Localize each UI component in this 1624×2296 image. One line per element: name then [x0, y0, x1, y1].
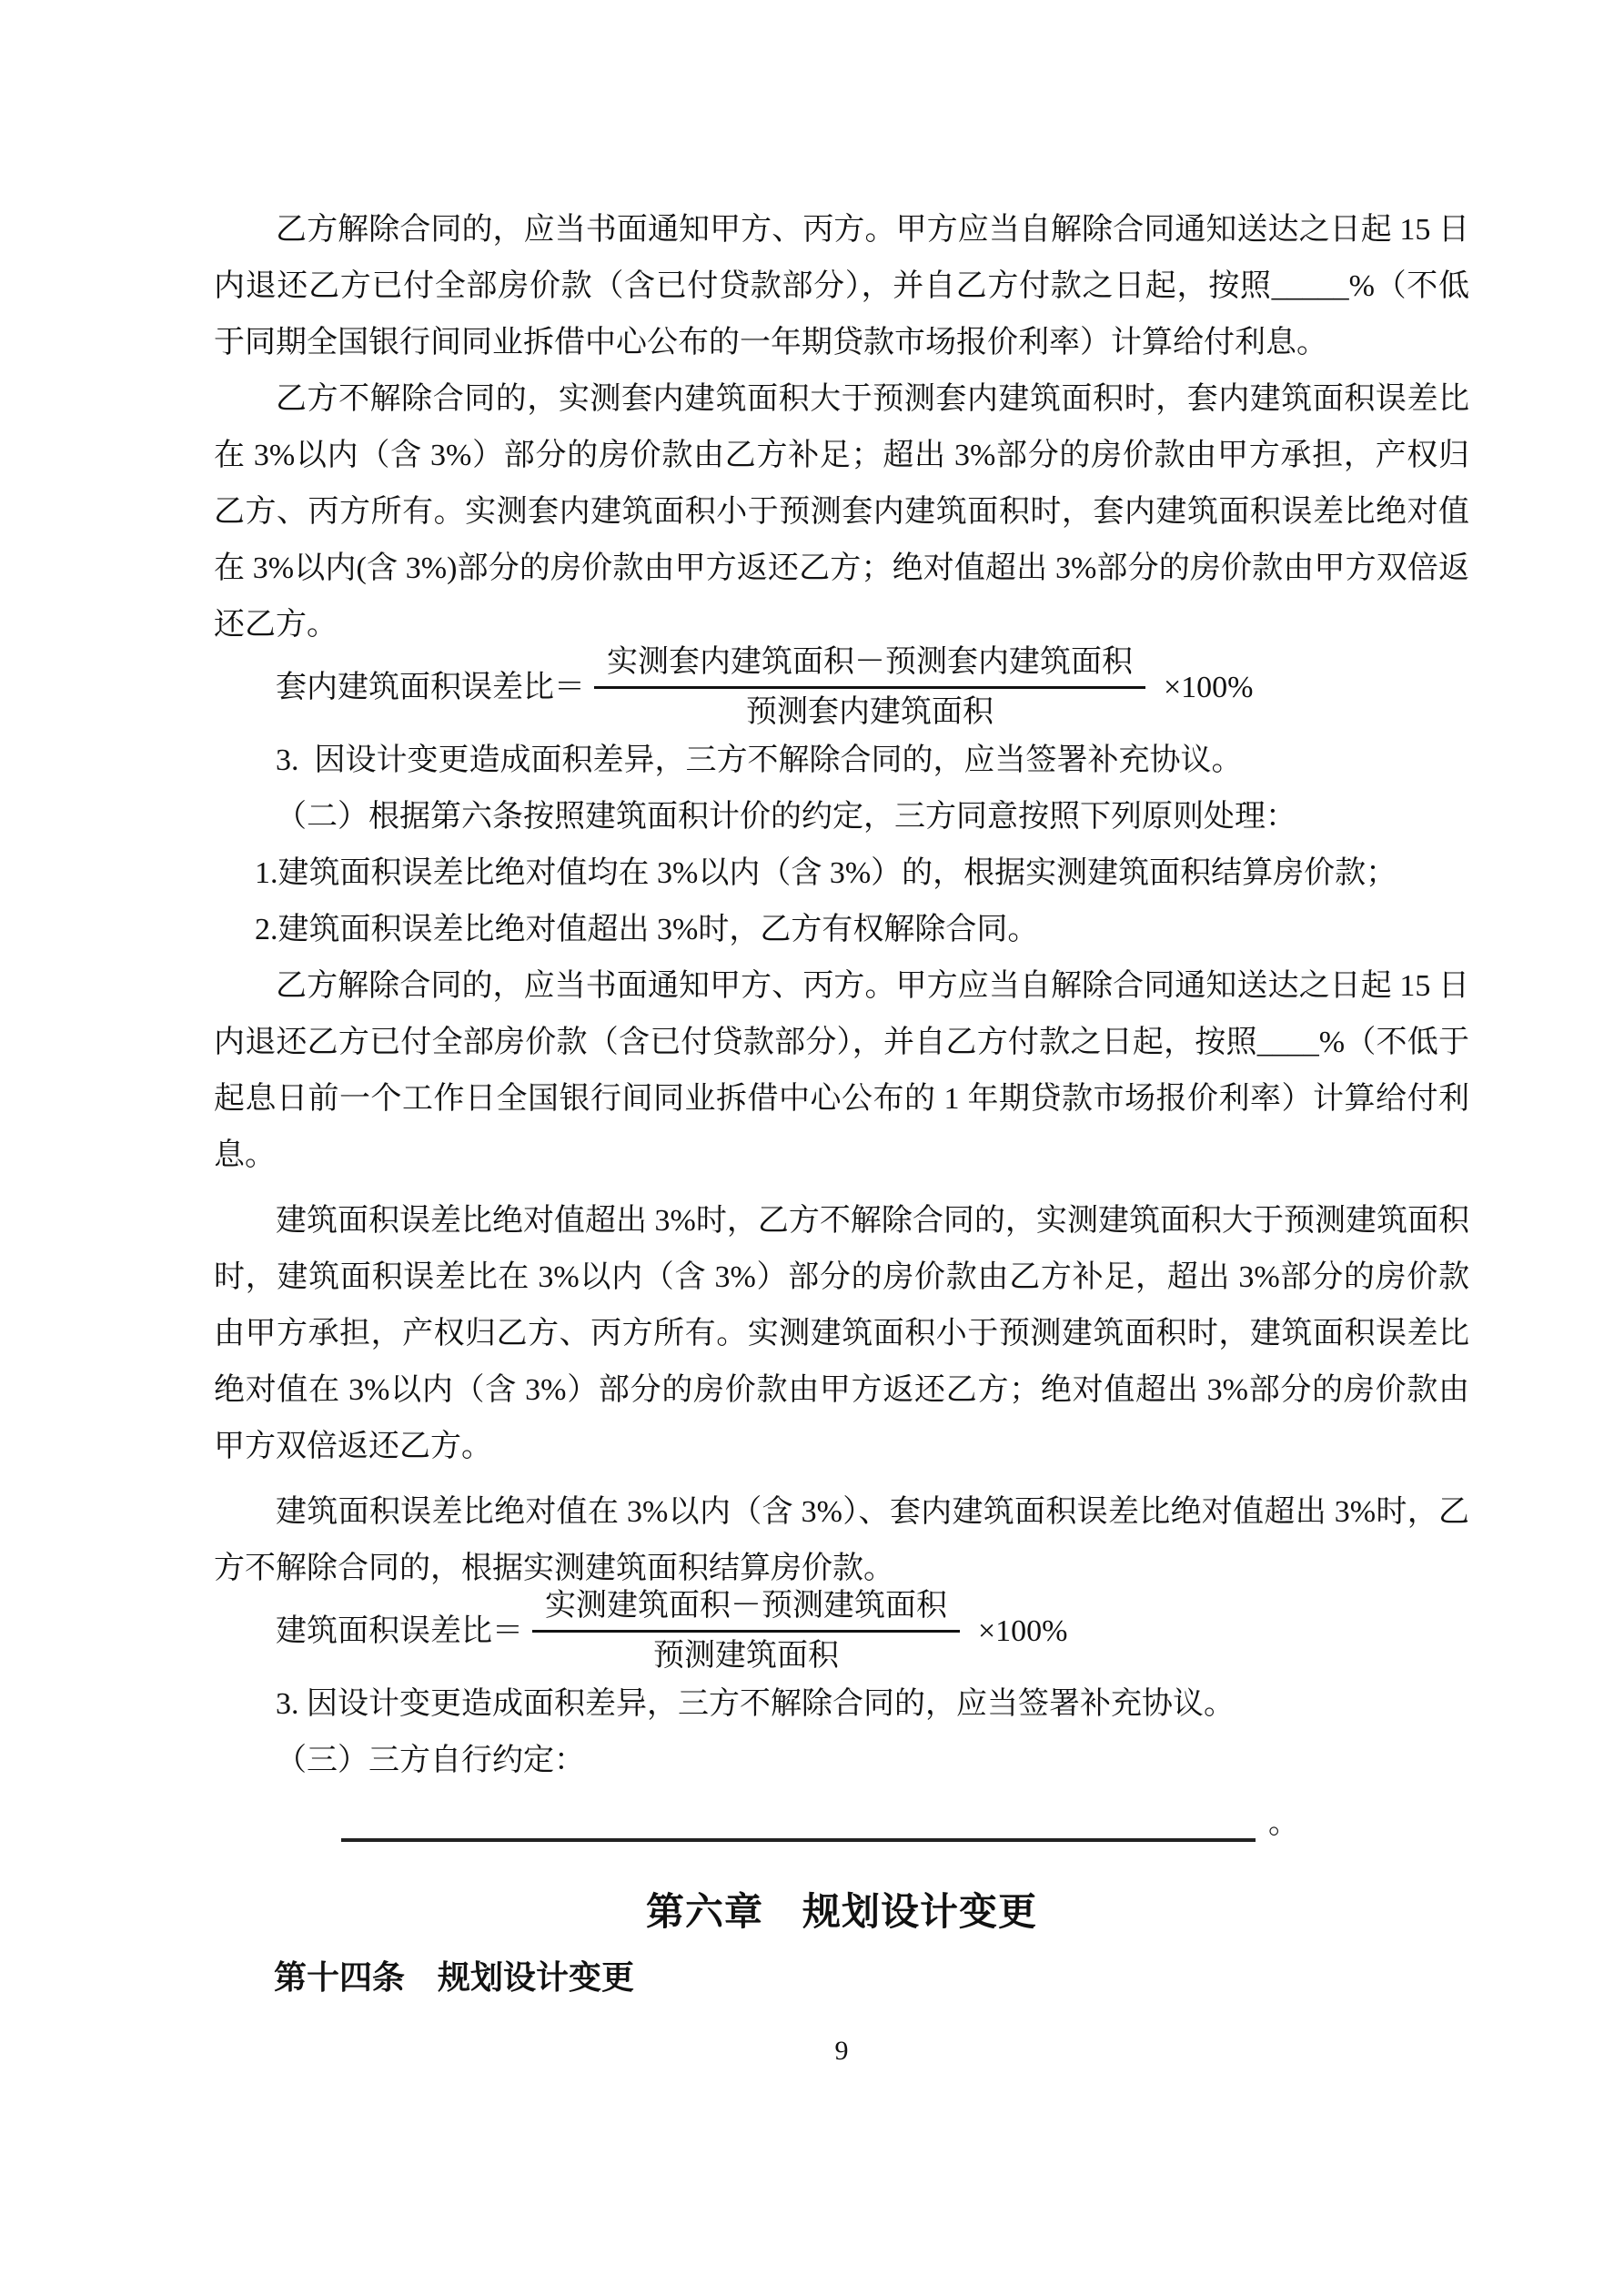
para-item-two-heading: （二）根据第六条按照建筑面积计价的约定，三方同意按照下列原则处理：	[214, 789, 1469, 845]
para-buyer-terminate-refund-interest-1: 乙方解除合同的，应当书面通知甲方、丙方。甲方应当自解除合同通知送达之日起 15 …	[214, 202, 1469, 371]
para-design-change-supplement-1: 3. 因设计变更造成面积差异，三方不解除合同的，应当签署补充协议。	[214, 733, 1469, 789]
formula-fraction: 实测建筑面积－预测建筑面积 预测建筑面积	[532, 1586, 960, 1676]
formula-floor-area-error-ratio: 建筑面积误差比＝ 实测建筑面积－预测建筑面积 预测建筑面积 ×100%	[276, 1586, 1469, 1676]
para-design-change-supplement-2: 3. 因设计变更造成面积差异，三方不解除合同的，应当签署补充协议。	[214, 1676, 1469, 1733]
para-floor-area-error-handling: 建筑面积误差比绝对值超出 3%时，乙方不解除合同的，实测建筑面积大于预测建筑面积…	[214, 1193, 1469, 1475]
formula-multiplier: ×100%	[1164, 668, 1254, 708]
para-inner-floor-area-error-handling: 乙方不解除合同的，实测套内建筑面积大于预测套内建筑面积时，套内建筑面积误差比在 …	[214, 371, 1469, 653]
para-buyer-terminate-refund-interest-2: 乙方解除合同的，应当书面通知甲方、丙方。甲方应当自解除合同通知送达之日起 15 …	[214, 958, 1469, 1184]
fill-in-blank-line	[341, 1798, 1256, 1842]
formula-multiplier: ×100%	[978, 1612, 1068, 1652]
para-rule-1: 1.建筑面积误差比绝对值均在 3%以内（含 3%）的，根据实测建筑面积结算房价款…	[214, 845, 1469, 902]
formula-label: 套内建筑面积误差比＝	[276, 668, 585, 708]
self-agreement-blank-row: 。	[214, 1791, 1469, 1842]
article-heading: 第十四条 规划设计变更	[214, 1949, 1469, 2006]
formula-numerator: 实测套内建筑面积－预测套内建筑面积	[594, 642, 1145, 686]
chapter-heading: 第六章 规划设计变更	[214, 1884, 1469, 1940]
contract-document-page: 乙方解除合同的，应当书面通知甲方、丙方。甲方应当自解除合同通知送达之日起 15 …	[0, 0, 1624, 2296]
formula-fraction: 实测套内建筑面积－预测套内建筑面积 预测套内建筑面积	[594, 642, 1145, 733]
formula-inner-floor-area-error-ratio: 套内建筑面积误差比＝ 实测套内建筑面积－预测套内建筑面积 预测套内建筑面积 ×1…	[276, 642, 1469, 733]
blank-period: 。	[1268, 1805, 1299, 1842]
para-self-agreement-heading: （三）三方自行约定：	[214, 1733, 1469, 1789]
formula-denominator: 预测套内建筑面积	[594, 686, 1145, 733]
formula-denominator: 预测建筑面积	[532, 1630, 960, 1676]
formula-label: 建筑面积误差比＝	[276, 1612, 523, 1652]
page-number: 9	[214, 2033, 1469, 2069]
para-rule-2: 2.建筑面积误差比绝对值超出 3%时，乙方有权解除合同。	[214, 902, 1469, 958]
formula-numerator: 实测建筑面积－预测建筑面积	[532, 1586, 960, 1630]
para-floor-area-error-settlement: 建筑面积误差比绝对值在 3%以内（含 3%）、套内建筑面积误差比绝对值超出 3%…	[214, 1484, 1469, 1597]
